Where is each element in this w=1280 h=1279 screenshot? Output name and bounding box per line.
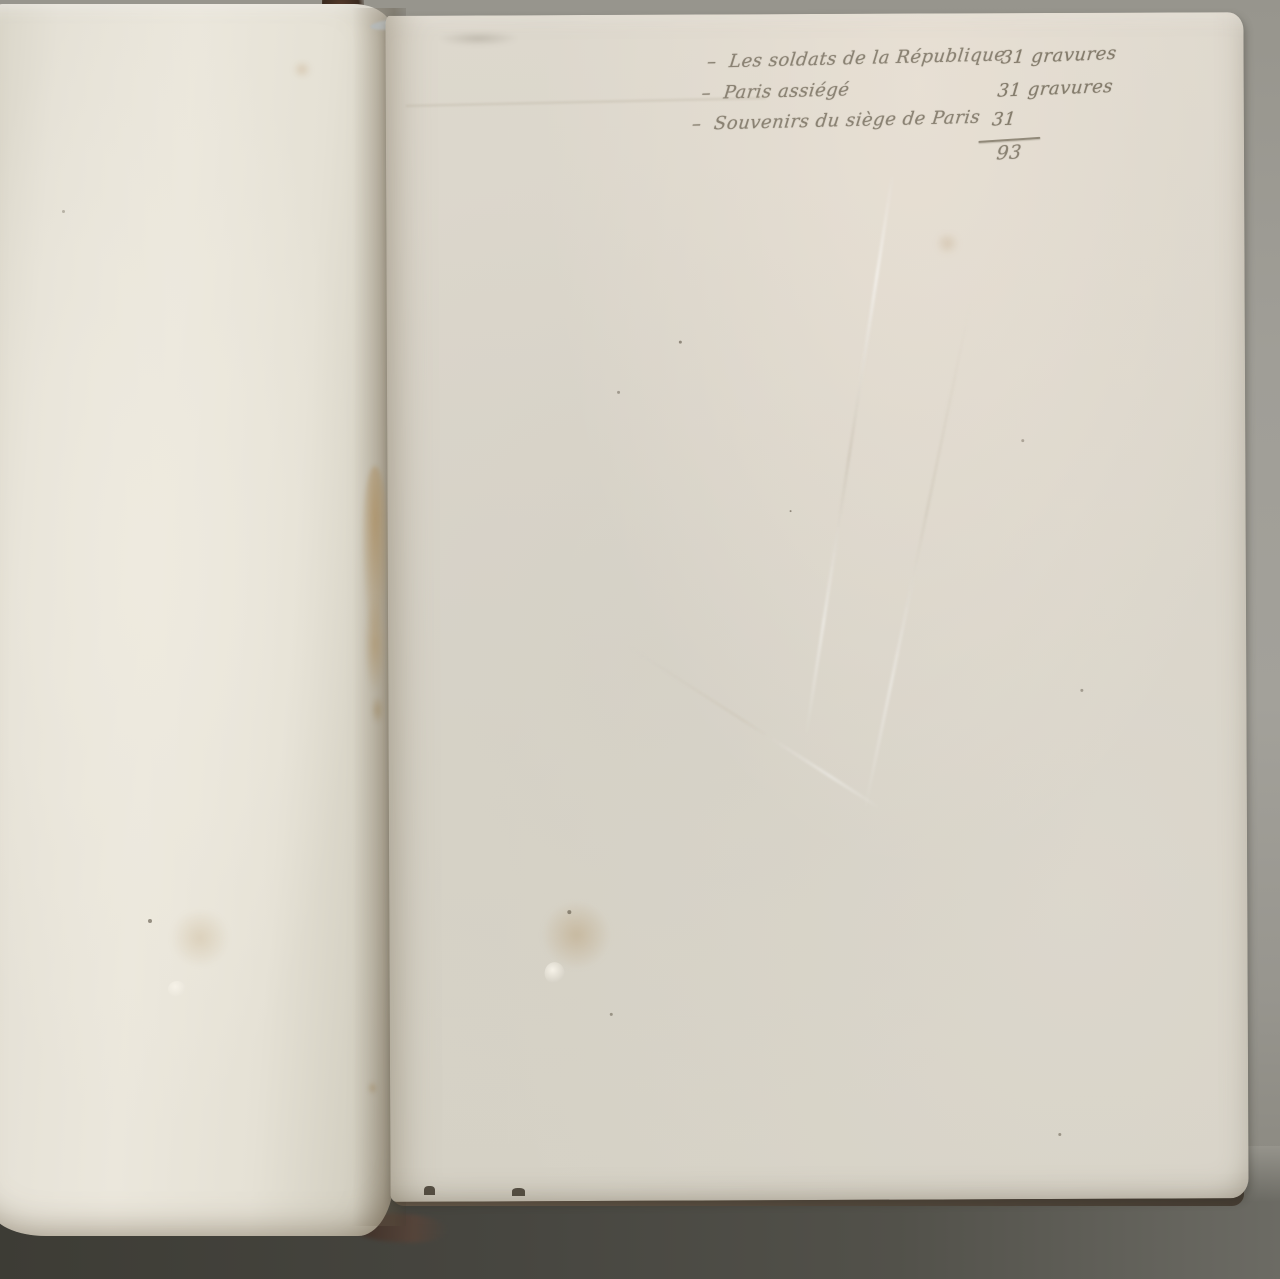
gutter-foxing-stain <box>371 696 384 724</box>
page-crease <box>627 645 881 810</box>
speck <box>617 391 620 394</box>
note-line-count: 31 gravures <box>1000 44 1118 68</box>
book-photo: – Les soldats de la République 31 gravur… <box>0 0 1280 1279</box>
stain <box>934 233 960 253</box>
page-crease <box>804 173 894 737</box>
stain <box>168 911 232 965</box>
speck <box>148 919 152 923</box>
note-line-count: 31 <box>991 109 1017 130</box>
note-line: – Paris assiégé <box>700 80 850 103</box>
right-page <box>385 12 1248 1202</box>
stain <box>539 902 613 968</box>
note-line-count: 31 gravures <box>997 77 1115 101</box>
page-crease <box>863 303 972 813</box>
speck <box>1021 439 1024 442</box>
note-line-text: Souvenirs du siège de Paris <box>713 108 982 134</box>
bullet-dash: – <box>691 114 707 134</box>
note-total: 93 <box>996 142 1023 164</box>
note-line: – Les soldats de la République <box>706 45 1007 72</box>
speck <box>610 1013 613 1016</box>
note-line-text: Paris assiégé <box>722 80 850 103</box>
stain <box>292 62 312 77</box>
speck <box>567 910 571 914</box>
faint-pencil-smudge <box>440 31 516 45</box>
page-edge-nub <box>424 1186 435 1195</box>
speck <box>62 210 65 213</box>
speck <box>679 341 682 344</box>
paper-dimple <box>545 962 565 984</box>
bullet-dash: – <box>700 84 716 104</box>
speck <box>1080 689 1083 692</box>
bullet-dash: – <box>706 52 722 72</box>
gutter-foxing-spot <box>368 1082 377 1094</box>
note-line-text: Les soldats de la République <box>728 45 1007 72</box>
paper-dimple <box>168 981 186 997</box>
note-line: – Souvenirs du siège de Paris <box>691 108 982 135</box>
speck <box>790 510 792 512</box>
page-edge-nub <box>512 1188 525 1196</box>
left-page <box>0 4 394 1236</box>
gutter-foxing-stain <box>364 596 386 692</box>
speck <box>1058 1133 1061 1136</box>
handwritten-note: – Les soldats de la République 31 gravur… <box>689 35 1171 192</box>
